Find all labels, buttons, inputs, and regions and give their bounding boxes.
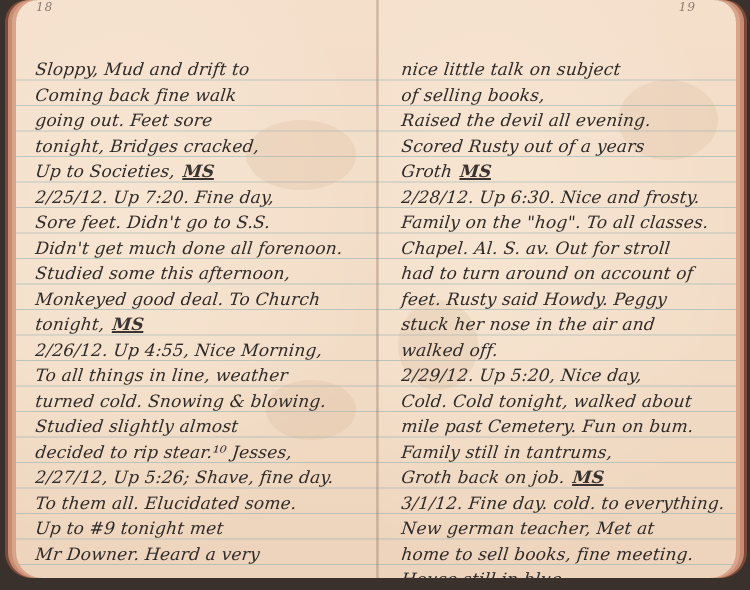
- line-text: New german teacher, Met at: [400, 519, 655, 539]
- line-text: To them all. Elucidated some.: [34, 494, 297, 514]
- diary-lines-right: nice little talk on subject of selling b…: [378, 58, 736, 578]
- diary-line: Family on the "hog". To all classes.: [378, 211, 736, 237]
- line-text: had to turn around on account of: [400, 264, 694, 284]
- notebook-spread: 18 Sloppy, Mud and drift to Coming back …: [0, 0, 750, 590]
- diary-line: had to turn around on account of: [378, 262, 736, 288]
- diary-line: 2/26/12. Up 4:55, Nice Morning,: [16, 339, 378, 365]
- diary-lines-left: Sloppy, Mud and drift to Coming back fin…: [16, 58, 378, 568]
- diary-line: mile past Cemetery. Fun on bum.: [378, 415, 736, 441]
- line-text: Sore feet. Didn't go to S.S.: [34, 213, 271, 233]
- diary-line: House still in blue.: [378, 568, 736, 578]
- diary-line: Monkeyed good deal. To Church: [16, 288, 378, 314]
- line-text: Studied slightly almost: [34, 417, 239, 437]
- line-text: tonight, Bridges cracked,: [34, 137, 260, 157]
- page-number-right: 19: [679, 0, 696, 14]
- signature-flourish: MS: [182, 160, 216, 186]
- line-text: Studied some this afternoon,: [34, 264, 291, 284]
- left-page: 18 Sloppy, Mud and drift to Coming back …: [16, 0, 378, 578]
- page-number-left: 18: [36, 0, 53, 14]
- diary-line: 2/25/12. Up 7:20. Fine day,: [16, 186, 378, 212]
- line-text: To all things in line, weather: [34, 366, 289, 386]
- line-text: 2/27/12, Up 5:26; Shave, fine day.: [34, 468, 334, 488]
- line-text: 3/1/12. Fine day. cold. to everything.: [400, 494, 725, 514]
- line-text: going out. Feet sore: [34, 111, 213, 131]
- diary-line: Up to #9 tonight met: [16, 517, 378, 543]
- line-text: Mr Downer. Heard a very: [34, 545, 261, 565]
- line-text: Monkeyed good deal. To Church: [34, 290, 321, 310]
- diary-line: nice little talk on subject: [378, 58, 736, 84]
- diary-line: decided to rip stear.¹⁰ Jesses,: [16, 441, 378, 467]
- line-text: Groth back on job.: [400, 468, 565, 488]
- line-text: Didn't get much done all forenoon.: [34, 239, 343, 259]
- line-text: Raised the devil all evening.: [400, 111, 652, 131]
- diary-line: 2/27/12, Up 5:26; Shave, fine day.: [16, 466, 378, 492]
- diary-line: turned cold. Snowing & blowing.: [16, 390, 378, 416]
- line-text: Family on the "hog". To all classes.: [400, 213, 709, 233]
- line-text: tonight,: [34, 315, 105, 335]
- line-text: 2/29/12. Up 5:20, Nice day,: [400, 366, 643, 386]
- signature-flourish: MS: [459, 160, 493, 186]
- diary-line: Coming back fine walk: [16, 84, 378, 110]
- diary-line: of selling books,: [378, 84, 736, 110]
- diary-line: To all things in line, weather: [16, 364, 378, 390]
- line-text: nice little talk on subject: [400, 60, 621, 80]
- diary-line: walked off.: [378, 339, 736, 365]
- line-text: stuck her nose in the air and: [400, 315, 656, 335]
- diary-line: tonight,MS: [16, 313, 378, 339]
- diary-line: New german teacher, Met at: [378, 517, 736, 543]
- diary-line: Groth back on job.MS: [378, 466, 736, 492]
- line-text: turned cold. Snowing & blowing.: [34, 392, 327, 412]
- diary-line: To them all. Elucidated some.: [16, 492, 378, 518]
- line-text: House still in blue.: [400, 570, 568, 578]
- line-text: Family still in tantrums,: [400, 443, 613, 463]
- diary-line: Raised the devil all evening.: [378, 109, 736, 135]
- line-text: Coming back fine walk: [34, 86, 237, 106]
- diary-line: 2/28/12. Up 6:30. Nice and frosty.: [378, 186, 736, 212]
- line-text: Chapel. Al. S. av. Out for stroll: [400, 239, 671, 259]
- signature-flourish: MS: [111, 313, 145, 339]
- diary-line: Studied slightly almost: [16, 415, 378, 441]
- line-text: decided to rip stear.¹⁰ Jesses,: [34, 443, 293, 463]
- diary-line: going out. Feet sore: [16, 109, 378, 135]
- line-text: Up to #9 tonight met: [34, 519, 224, 539]
- line-text: of selling books,: [400, 86, 546, 106]
- line-text: home to sell books, fine meeting.: [400, 545, 694, 565]
- diary-line: Scored Rusty out of a years: [378, 135, 736, 161]
- line-text: Groth: [400, 162, 453, 182]
- diary-line: Didn't get much done all forenoon.: [16, 237, 378, 263]
- diary-line: Family still in tantrums,: [378, 441, 736, 467]
- line-text: mile past Cemetery. Fun on bum.: [400, 417, 694, 437]
- diary-line: home to sell books, fine meeting.: [378, 543, 736, 569]
- diary-line: Cold. Cold tonight, walked about: [378, 390, 736, 416]
- diary-line: Chapel. Al. S. av. Out for stroll: [378, 237, 736, 263]
- line-text: 2/28/12. Up 6:30. Nice and frosty.: [400, 188, 700, 208]
- diary-line: Sloppy, Mud and drift to: [16, 58, 378, 84]
- line-text: Sloppy, Mud and drift to: [34, 60, 250, 80]
- diary-line: tonight, Bridges cracked,: [16, 135, 378, 161]
- diary-line: 2/29/12. Up 5:20, Nice day,: [378, 364, 736, 390]
- line-text: Up to Societies,: [34, 162, 176, 182]
- diary-line: Mr Downer. Heard a very: [16, 543, 378, 569]
- diary-line: Sore feet. Didn't go to S.S.: [16, 211, 378, 237]
- diary-line: feet. Rusty said Howdy. Peggy: [378, 288, 736, 314]
- diary-line: GrothMS: [378, 160, 736, 186]
- signature-flourish: MS: [571, 466, 605, 492]
- line-text: Cold. Cold tonight, walked about: [400, 392, 693, 412]
- diary-line: Studied some this afternoon,: [16, 262, 378, 288]
- line-text: feet. Rusty said Howdy. Peggy: [400, 290, 668, 310]
- diary-line: 3/1/12. Fine day. cold. to everything.: [378, 492, 736, 518]
- line-text: 2/25/12. Up 7:20. Fine day,: [34, 188, 275, 208]
- diary-line: Up to Societies,MS: [16, 160, 378, 186]
- line-text: walked off.: [400, 341, 499, 361]
- binding-gutter: [376, 0, 379, 578]
- line-text: 2/26/12. Up 4:55, Nice Morning,: [34, 341, 323, 361]
- diary-line: stuck her nose in the air and: [378, 313, 736, 339]
- right-page: 19 nice little talk on subject of sellin…: [378, 0, 736, 578]
- line-text: Scored Rusty out of a years: [400, 137, 645, 157]
